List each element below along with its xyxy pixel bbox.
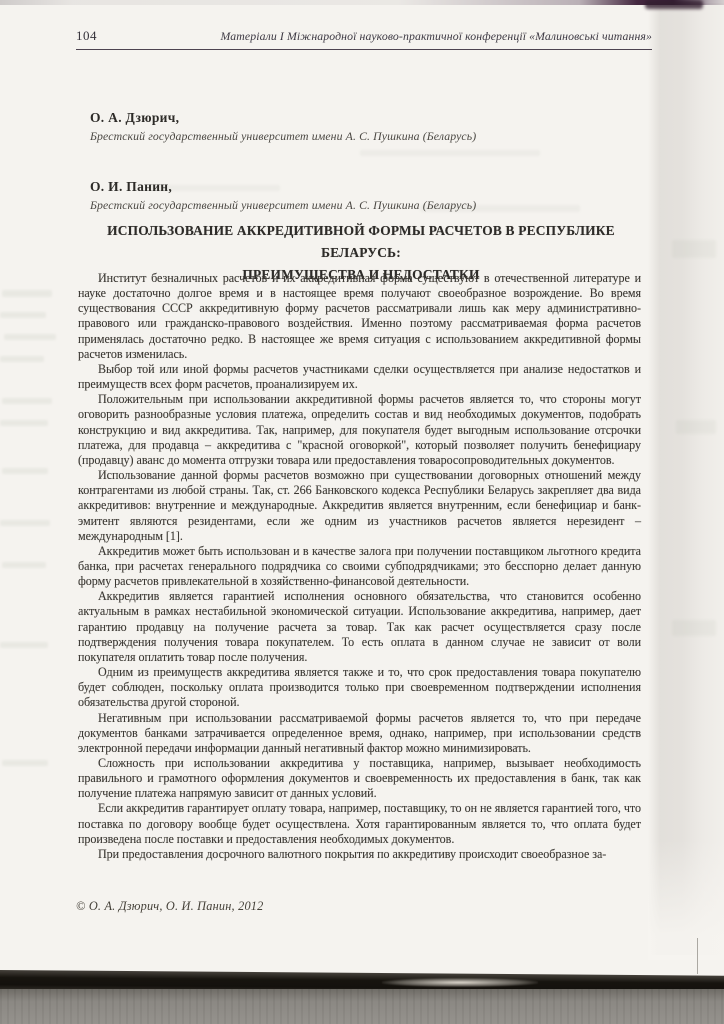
body-paragraph: Положительным при использовании аккредит… — [78, 392, 641, 468]
page-content: 104 Матеріали І Міжнародної науково-прак… — [0, 0, 724, 1024]
copyright-line: © О. А. Дзюрич, О. И. Панин, 2012 — [76, 899, 264, 914]
article-body: Институт безналичных расчетов и их аккре… — [78, 271, 641, 862]
page-number: 104 — [76, 28, 97, 44]
body-paragraph: Выбор той или иной формы расчетов участн… — [78, 362, 641, 392]
body-paragraph: Негативным при использовании рассматрива… — [78, 711, 641, 756]
article-title-line-1: ИСПОЛЬЗОВАНИЕ АККРЕДИТИВНОЙ ФОРМЫ РАСЧЕТ… — [78, 220, 644, 264]
page-header: 104 Матеріали І Міжнародної науково-прак… — [76, 28, 652, 50]
author-name: О. И. Панин, — [90, 179, 650, 195]
running-head-title: Матеріали І Міжнародної науково-практичн… — [220, 29, 652, 44]
page-corner-edge — [697, 938, 698, 974]
author-name: О. А. Дзюрич, — [90, 110, 650, 126]
body-paragraph: Одним из преимуществ аккредитива являетс… — [78, 665, 641, 710]
body-paragraph: Аккредитив является гарантией исполнения… — [78, 589, 641, 665]
body-paragraph: Аккредитив может быть использован и в ка… — [78, 544, 641, 589]
author-affiliation: Брестский государственный университет им… — [90, 198, 650, 213]
author-block-2: О. И. Панин, Брестский государственный у… — [90, 179, 650, 213]
author-affiliation: Брестский государственный университет им… — [90, 129, 650, 144]
scanned-document-page: 104 Матеріали І Міжнародної науково-прак… — [0, 0, 724, 1024]
body-paragraph: Если аккредитив гарантирует оплату товар… — [78, 801, 641, 846]
body-paragraph: Институт безналичных расчетов и их аккре… — [78, 271, 641, 362]
body-paragraph: Сложность при использовании аккредитива … — [78, 756, 641, 801]
scan-shadow-reflection — [382, 978, 538, 987]
author-block-1: О. А. Дзюрич, Брестский государственный … — [90, 110, 650, 144]
body-paragraph: При предоставления досрочного валютного … — [78, 847, 641, 862]
body-paragraph: Использование данной формы расчетов возм… — [78, 468, 641, 544]
scanner-background-strip — [0, 989, 724, 1024]
